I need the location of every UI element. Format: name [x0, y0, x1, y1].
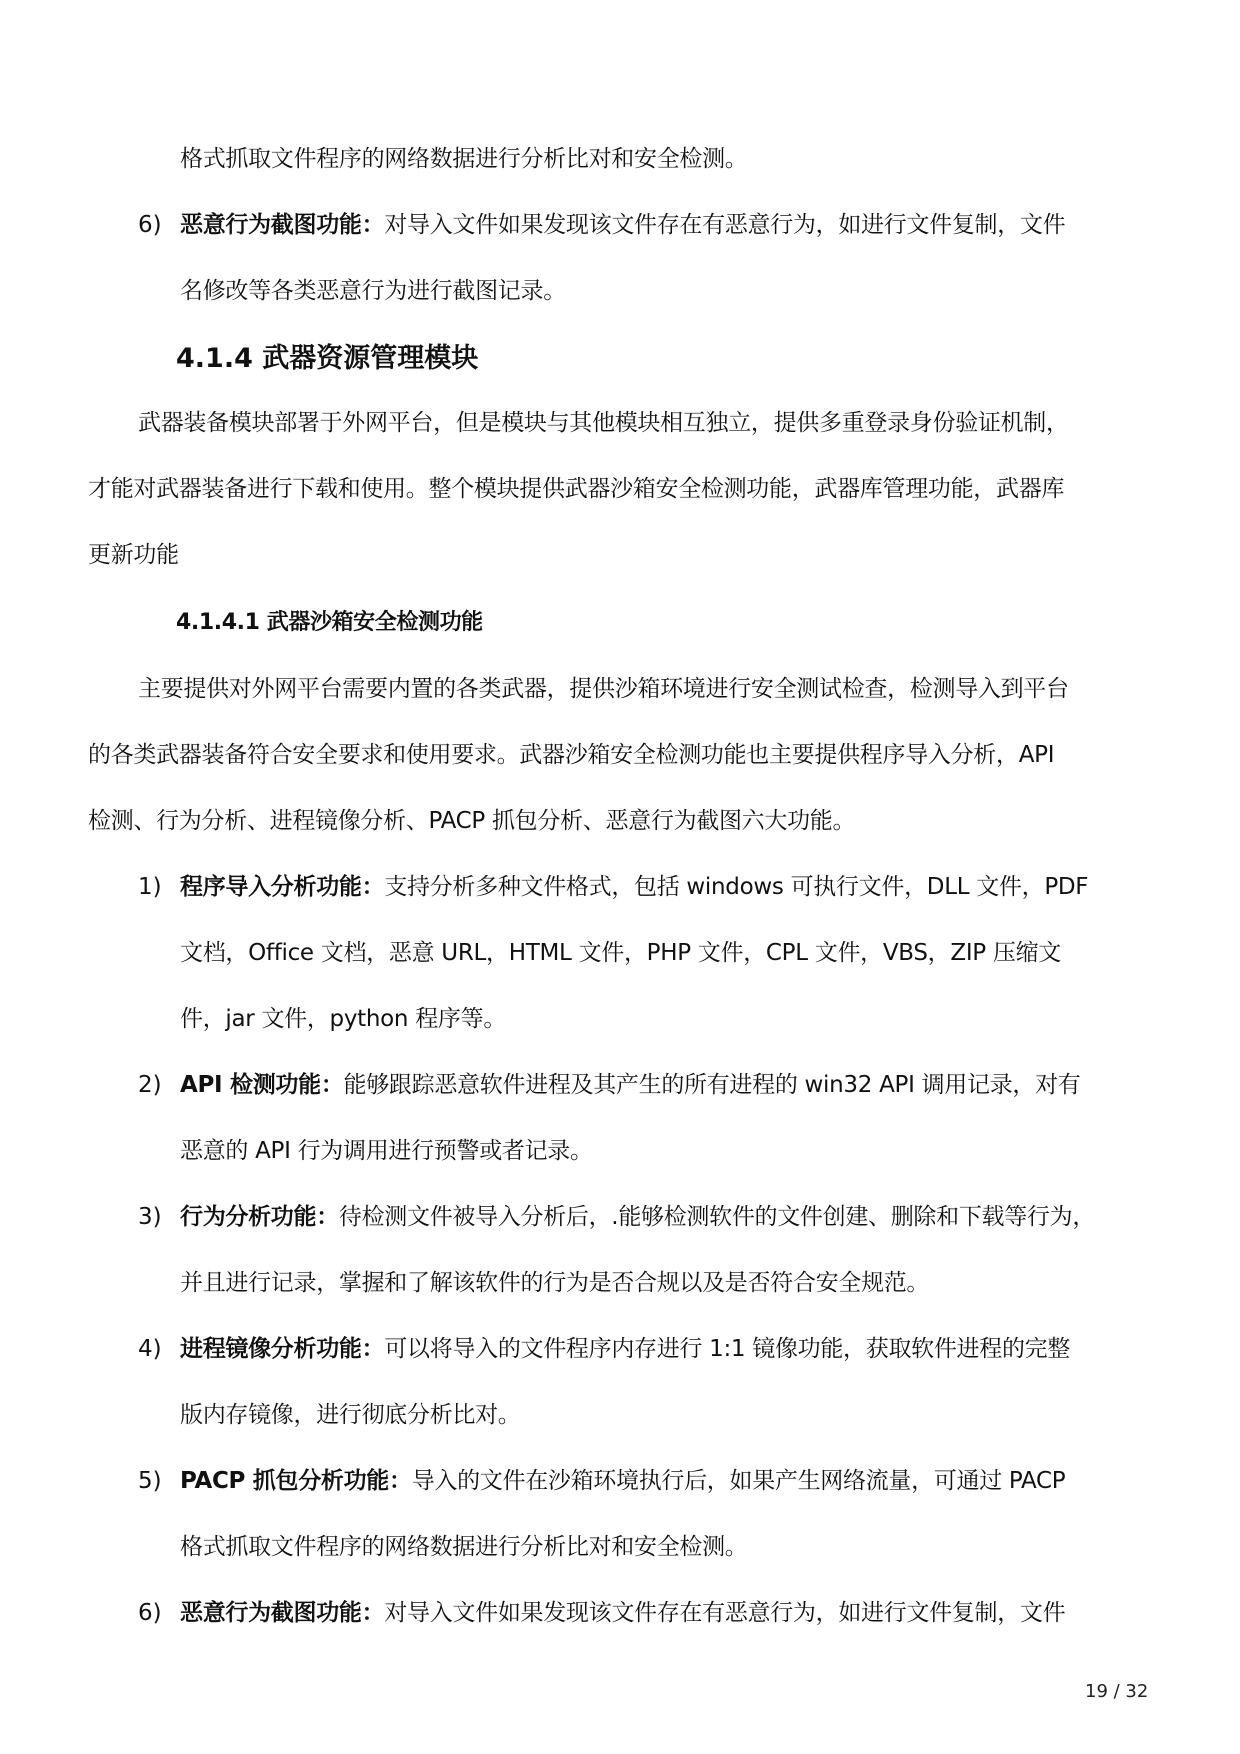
page-number: 19 / 32 [1085, 1680, 1148, 1704]
list-item-text: 对导入文件如果发现该文件存在有恶意行为，如进行文件复制，文件 [384, 212, 1065, 238]
list-item-text: 能够跟踪恶意软件进程及其产生的所有进程的 win32 API 调用记录，对有 [344, 1072, 1081, 1098]
list-item-first-line: API 检测功能：能够跟踪恶意软件进程及其产生的所有进程的 win32 API … [180, 1070, 1081, 1100]
list-item-text: 格式抓取文件程序的网络数据进行分析比对和安全检测。 [180, 1532, 748, 1562]
list-item-first-line: 恶意行为截图功能：对导入文件如果发现该文件存在有恶意行为，如进行文件复制，文件 [180, 210, 1065, 240]
list-item-title: 行为分析功能： [180, 1204, 339, 1230]
list-item-text: 件，jar 文件，python 程序等。 [180, 1004, 506, 1034]
list-item-text: 待检测文件被导入分析后，.能够检测软件的文件创建、删除和下载等行为， [339, 1204, 1095, 1230]
list-item-title: 进程镜像分析功能： [180, 1336, 384, 1362]
list-item-text: 名修改等各类恶意行为进行截图记录。 [180, 276, 566, 306]
list-item-text: 可以将导入的文件程序内存进行 1:1 镜像功能，获取软件进程的完整 [384, 1336, 1070, 1362]
list-number: 6) [138, 1598, 162, 1628]
list-item-first-line: 进程镜像分析功能：可以将导入的文件程序内存进行 1:1 镜像功能，获取软件进程的… [180, 1334, 1070, 1364]
list-item-title: 程序导入分析功能： [180, 874, 384, 900]
list-item-title: API 检测功能： [180, 1072, 344, 1098]
list-item-first-line: 行为分析功能：待检测文件被导入分析后，.能够检测软件的文件创建、删除和下载等行为… [180, 1202, 1095, 1232]
paragraph-line: 武器装备模块部署于外网平台，但是模块与其他模块相互独立，提供多重登录身份验证机制… [138, 408, 1069, 438]
paragraph-line: 主要提供对外网平台需要内置的各类武器，提供沙箱环境进行安全测试检查，检测导入到平… [138, 674, 1069, 704]
list-number: 1) [138, 872, 162, 902]
subsection-heading: 4.1.4.1 武器沙箱安全检测功能 [176, 608, 483, 638]
section-heading: 4.1.4 武器资源管理模块 [176, 342, 478, 376]
list-number: 3) [138, 1202, 162, 1232]
list-item-first-line: 恶意行为截图功能：对导入文件如果发现该文件存在有恶意行为，如进行文件复制，文件 [180, 1598, 1065, 1628]
paragraph-line: 才能对武器装备进行下载和使用。整个模块提供武器沙箱安全检测功能，武器库管理功能，… [88, 474, 1064, 504]
list-item-text: 版内存镜像，进行彻底分析比对。 [180, 1400, 521, 1430]
paragraph-line: 更新功能 [88, 540, 179, 570]
paragraph-line: 检测、行为分析、进程镜像分析、PACP 抓包分析、恶意行为截图六大功能。 [88, 806, 855, 836]
list-number: 5) [138, 1466, 162, 1496]
list-item-text: 对导入文件如果发现该文件存在有恶意行为，如进行文件复制，文件 [384, 1600, 1065, 1626]
list-item-text: 并且进行记录，掌握和了解该软件的行为是否合规以及是否符合安全规范。 [180, 1268, 929, 1298]
list-item-title: 恶意行为截图功能： [180, 1600, 384, 1626]
list-item-title: 恶意行为截图功能： [180, 212, 384, 238]
list-item-text: 文档，Office 文档，恶意 URL，HTML 文件，PHP 文件，CPL 文… [180, 938, 1061, 968]
list-item-text: 恶意的 API 行为调用进行预警或者记录。 [180, 1136, 593, 1166]
continuation-text: 格式抓取文件程序的网络数据进行分析比对和安全检测。 [180, 144, 748, 174]
list-number: 6) [138, 210, 162, 240]
list-item-title: PACP 抓包分析功能： [180, 1468, 412, 1494]
list-item-text: 支持分析多种文件格式，包括 windows 可执行文件，DLL 文件，PDF [384, 874, 1088, 900]
list-item-first-line: PACP 抓包分析功能：导入的文件在沙箱环境执行后，如果产生网络流量，可通过 P… [180, 1466, 1065, 1496]
paragraph-line: 的各类武器装备符合安全要求和使用要求。武器沙箱安全检测功能也主要提供程序导入分析… [88, 740, 1054, 770]
list-item-text: 导入的文件在沙箱环境执行后，如果产生网络流量，可通过 PACP [412, 1468, 1066, 1494]
list-number: 2) [138, 1070, 162, 1100]
list-item-first-line: 程序导入分析功能：支持分析多种文件格式，包括 windows 可执行文件，DLL… [180, 872, 1088, 902]
list-number: 4) [138, 1334, 162, 1364]
